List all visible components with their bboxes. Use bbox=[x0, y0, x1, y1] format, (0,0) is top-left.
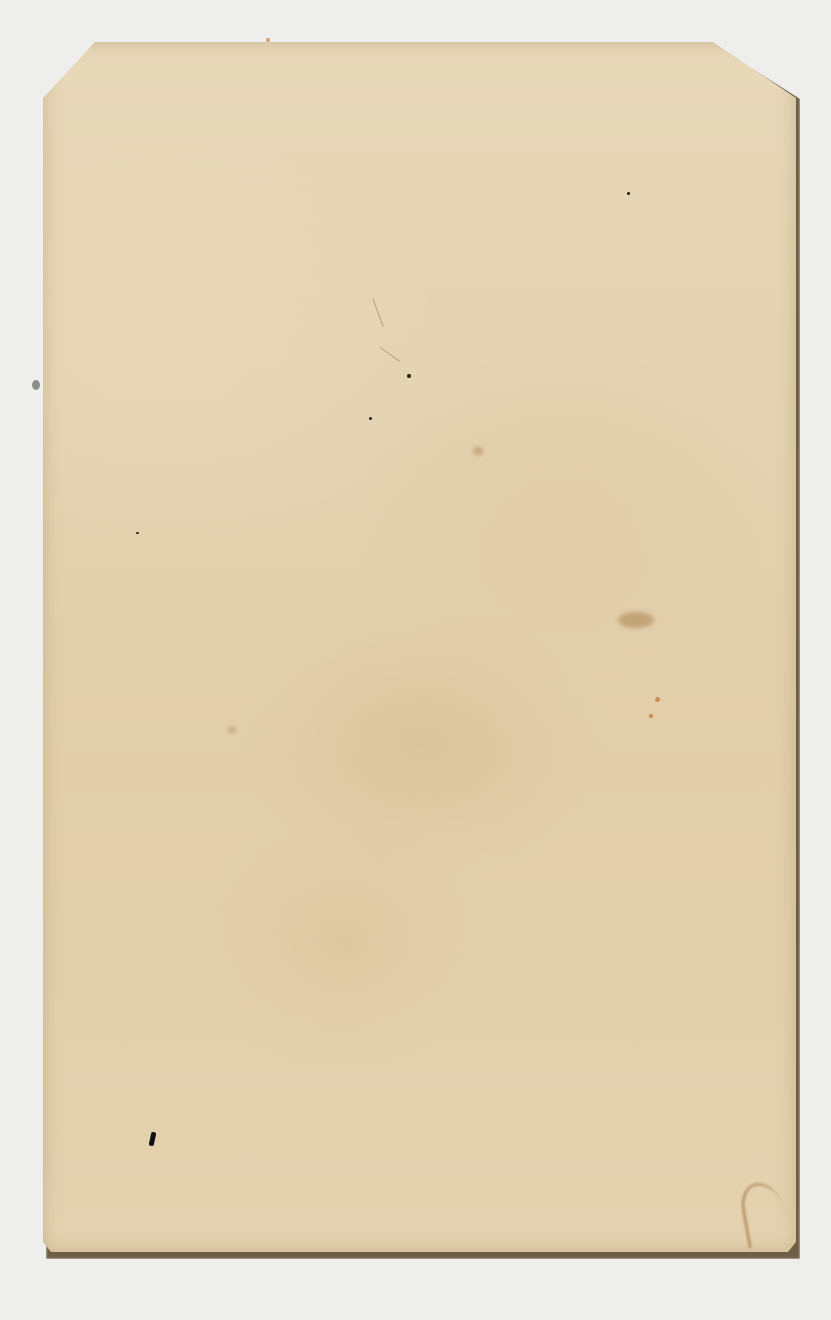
paper-speck bbox=[407, 374, 411, 378]
background-speck bbox=[32, 380, 40, 390]
background-speck bbox=[266, 38, 270, 42]
paper-stain bbox=[618, 612, 654, 628]
paper-stain bbox=[228, 727, 236, 733]
paper-stain bbox=[473, 447, 483, 455]
rust-spot bbox=[649, 714, 653, 718]
card-edge-shading bbox=[43, 42, 796, 1252]
paper-speck bbox=[136, 532, 139, 534]
antique-card bbox=[43, 42, 796, 1252]
rust-spot bbox=[655, 697, 660, 702]
paper-speck bbox=[369, 417, 372, 420]
photo-scene bbox=[0, 0, 831, 1320]
paper-speck bbox=[627, 192, 630, 195]
